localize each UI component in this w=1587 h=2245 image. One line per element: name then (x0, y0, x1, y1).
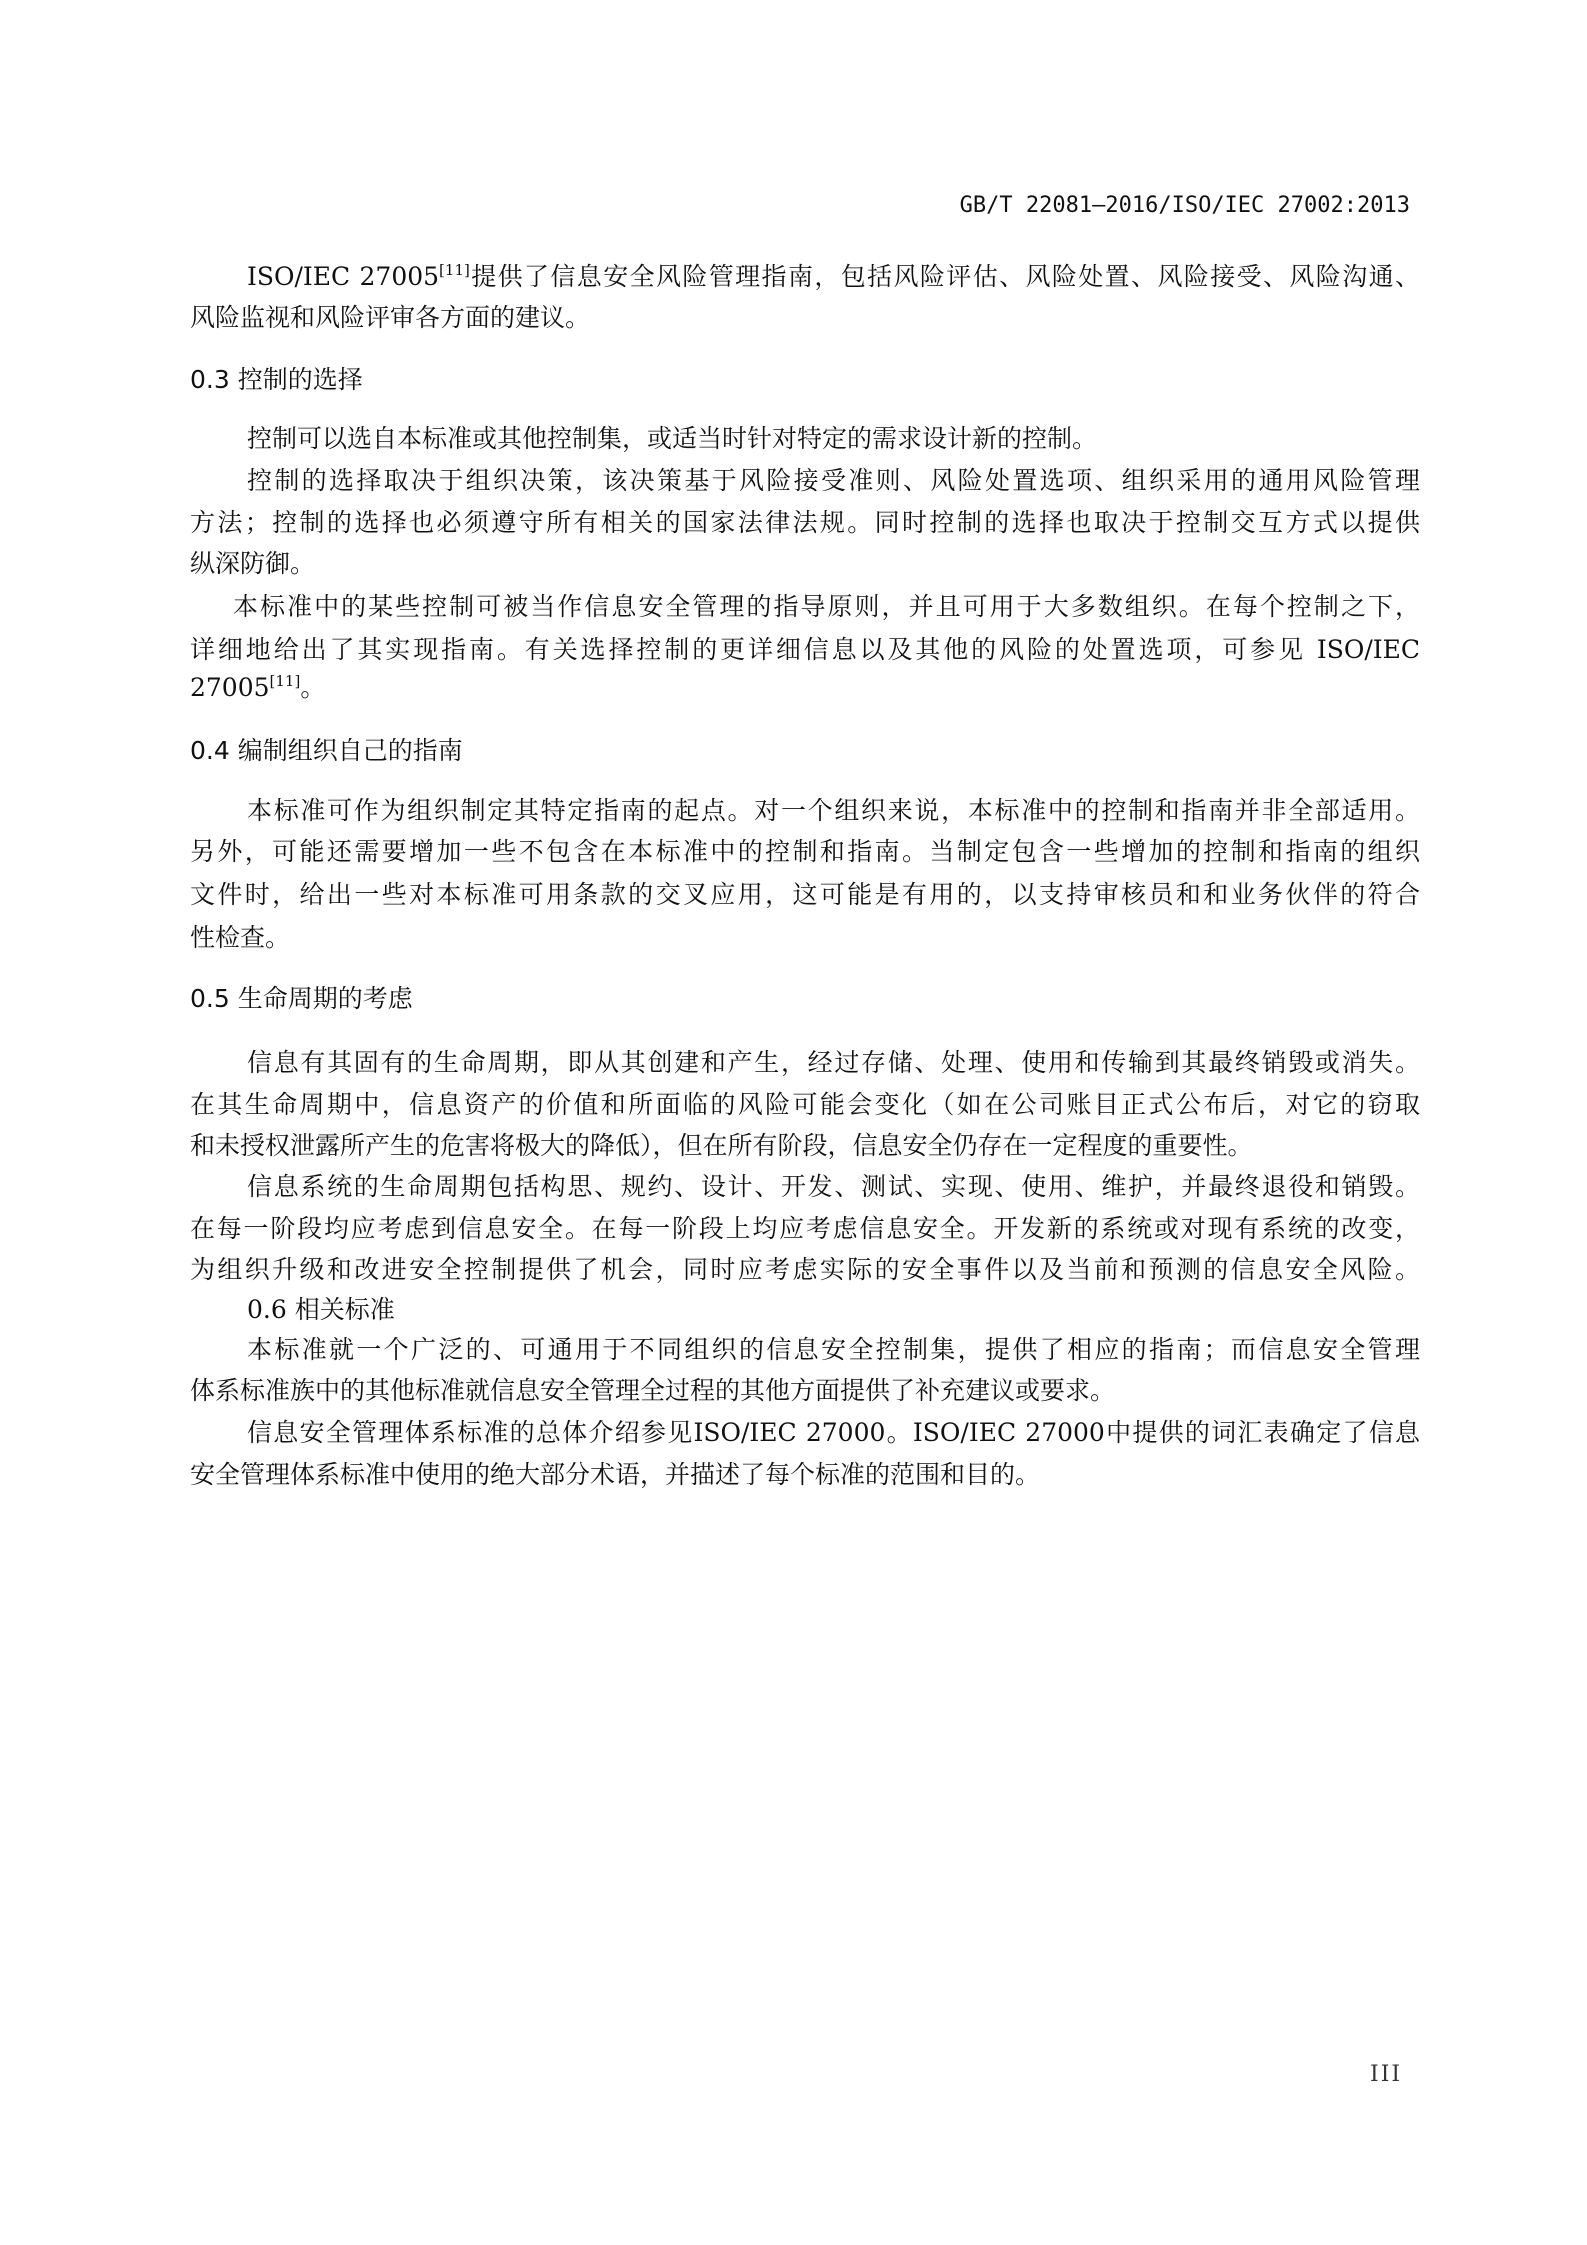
section-heading-0-4: 0.4 编制组织自己的指南 (190, 736, 463, 766)
citation-superscript: [11] (270, 672, 301, 690)
paragraph-line: 安全管理体系标准中使用的绝大部分术语，并描述了每个标准的范围和目的。 (190, 1460, 1420, 1490)
paragraph-line: 方法；控制的选择也必须遵守所有相关的国家法律法规。同时控制的选择也取决于控制交互… (190, 508, 1420, 538)
document-page: GB/T 22081—2016/ISO/IEC 27002:2013 ISO/I… (0, 0, 1587, 2245)
paragraph-line: 本标准可作为组织制定其特定指南的起点。对一个组织来说，本标准中的控制和指南并非全… (247, 796, 1420, 826)
paragraph-line: 27005[11]。 (190, 673, 1420, 703)
paragraph-line: 在每一阶段均应考虑到信息安全。在每一阶段上均应考虑信息安全。开发新的系统或对现有… (190, 1214, 1420, 1244)
section-heading-0-5: 0.5 生命周期的考虑 (190, 984, 413, 1014)
paragraph-line: 信息系统的生命周期包括构思、规约、设计、开发、测试、实现、使用、维护，并最终退役… (247, 1172, 1420, 1202)
section-heading-0-6: 0.6 相关标准 (247, 1295, 395, 1325)
citation-superscript: [11] (439, 261, 470, 279)
page-number: III (1370, 2062, 1402, 2087)
paragraph-line: 在其生命周期中，信息资产的价值和所面临的风险可能会变化（如在公司账目正式公布后，… (190, 1090, 1420, 1120)
paragraph-text: 提供了信息安全风险管理指南，包括风险评估、风险处置、风险接受、风险沟通、 (470, 262, 1420, 291)
paragraph-line: 信息安全管理体系标准的总体介绍参见ISO/IEC 27000。ISO/IEC 2… (247, 1418, 1420, 1448)
paragraph-text: 。 (300, 673, 325, 702)
paragraph-line: ISO/IEC 27005[11]提供了信息安全风险管理指南，包括风险评估、风险… (247, 262, 1420, 292)
paragraph-line: 文件时，给出一些对本标准可用条款的交叉应用，这可能是有用的，以支持审核员和和业务… (190, 880, 1420, 910)
paragraph-line: 详细地给出了其实现指南。有关选择控制的更详细信息以及其他的风险的处置选项，可参见… (190, 635, 1420, 665)
paragraph-line: 纵深防御。 (190, 549, 1420, 579)
reference-text: 27005 (190, 673, 270, 702)
paragraph-line: 控制可以选自本标准或其他控制集，或适当时针对特定的需求设计新的控制。 (247, 424, 1420, 454)
paragraph-line: 风险监视和风险评审各方面的建议。 (190, 303, 1420, 333)
paragraph-line: 为组织升级和改进安全控制提供了机会，同时应考虑实际的安全事件以及当前和预测的信息… (190, 1255, 1420, 1285)
paragraph-line: 性检查。 (190, 923, 1420, 953)
section-heading-0-3: 0.3 控制的选择 (190, 365, 363, 395)
paragraph-line: 本标准就一个广泛的、可通用于不同组织的信息安全控制集，提供了相应的指南；而信息安… (247, 1335, 1420, 1365)
paragraph-line: 另外，可能还需要增加一些不包含在本标准中的控制和指南。当制定包含一些增加的控制和… (190, 837, 1420, 867)
standard-header: GB/T 22081—2016/ISO/IEC 27002:2013 (915, 193, 1410, 218)
paragraph-line: 信息有其固有的生命周期，即从其创建和产生，经过存储、处理、使用和传输到其最终销毁… (247, 1048, 1420, 1078)
paragraph-line: 体系标准族中的其他标准就信息安全管理全过程的其他方面提供了补充建议或要求。 (190, 1376, 1420, 1406)
paragraph-line: 和未授权泄露所产生的危害将极大的降低），但在所有阶段，信息安全仍存在一定程度的重… (190, 1131, 1420, 1161)
paragraph-line: 本标准中的某些控制可被当作信息安全管理的指导原则，并且可用于大多数组织。在每个控… (233, 592, 1420, 622)
paragraph-line: 控制的选择取决于组织决策，该决策基于风险接受准则、风险处置选项、组织采用的通用风… (247, 466, 1420, 496)
reference-text: ISO/IEC 27005 (247, 262, 439, 291)
